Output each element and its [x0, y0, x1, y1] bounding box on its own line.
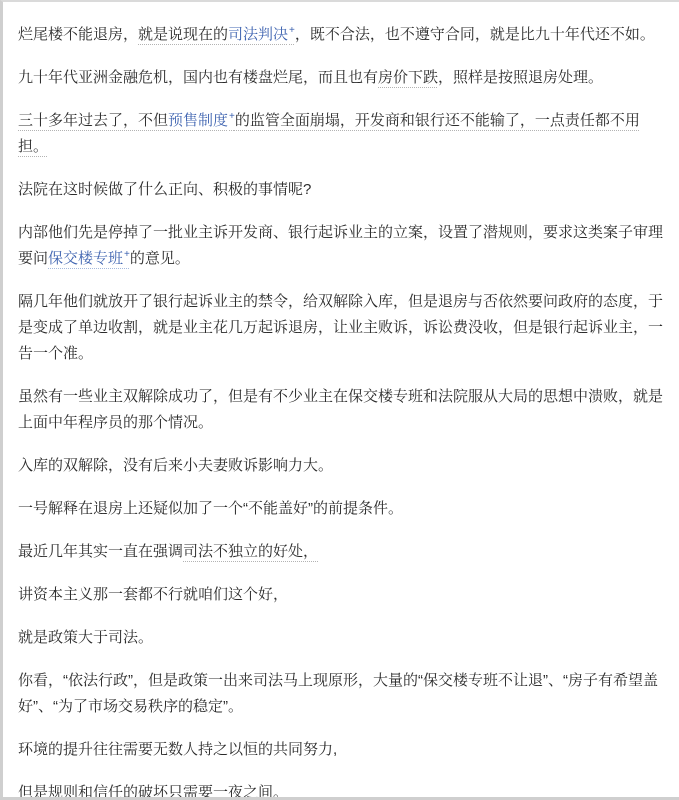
highlighted-text-segment: 三十多年过去了，不但 [18, 112, 168, 129]
paragraph: 环境的提升往往需要无数人持之以恒的共同努力, [18, 737, 663, 763]
text-segment: 但是规则和信任的破坏只需要一夜之间。 [18, 784, 288, 800]
paragraph: 隔几年他们就放开了银行起诉业主的禁令，给双解除入库，但是退房与否依然要问政府的态… [18, 289, 663, 367]
text-segment: 法院在这时候做了什么正向、积极的事情呢? [18, 181, 311, 198]
text-segment: 隔几年他们就放开了银行起诉业主的禁令，给双解除入库，但是退房与否依然要问政府的态… [18, 293, 663, 362]
paragraph: 虽然有一些业主双解除成功了，但是有不少业主在保交楼专班和法院服从大局的思想中溃败… [18, 384, 663, 436]
text-segment: ，照样是按照退房处理。 [438, 69, 603, 86]
paragraph: 最近几年其实一直在强调司法不独立的好处， [18, 539, 663, 565]
paragraph: 讲资本主义那一套都不行就咱们这个好， [18, 582, 663, 608]
text-segment: 虽然有一些业主双解除成功了，但是有不少业主在保交楼专班和法院服从大局的思想中溃败… [18, 388, 663, 431]
highlighted-text-segment: 房价下跌 [378, 69, 438, 86]
topic-link[interactable]: 司法判决+ [228, 26, 295, 43]
text-segment: 一号解释在退房上还疑似加了一个“不能盖好”的前提条件。 [18, 500, 403, 517]
paragraph: 内部他们先是停掉了一批业主诉开发商、银行起诉业主的立案，设置了潜规则，要求这类案… [18, 220, 663, 272]
topic-link[interactable]: 保交楼专班+ [48, 250, 130, 267]
topic-link[interactable]: 预售制度+ [168, 112, 235, 129]
text-segment: 最近几年其实一直在强调 [18, 543, 183, 560]
paragraph: 入库的双解除，没有后来小夫妻败诉影响力大。 [18, 453, 663, 479]
paragraph: 法院在这时候做了什么正向、积极的事情呢? [18, 177, 663, 203]
paragraph: 一号解释在退房上还疑似加了一个“不能盖好”的前提条件。 [18, 496, 663, 522]
paragraph: 九十年代亚洲金融危机，国内也有楼盘烂尾，而且也有房价下跌，照样是按照退房处理。 [18, 65, 663, 91]
text-segment: 讲资本主义那一套都不行就咱们这个好， [18, 586, 288, 603]
text-segment: 烂尾楼不能退房， [18, 26, 138, 43]
paragraph: 但是规则和信任的破坏只需要一夜之间。 [18, 780, 663, 800]
text-segment: 你看，“依法行政”，但是政策一出来司法马上现原形，大量的“保交楼专班不让退”、“… [18, 672, 658, 715]
highlighted-text-segment: 司法不独立的好处， [183, 543, 318, 560]
text-segment: 就是政策大于司法。 [18, 629, 153, 646]
paragraph: 烂尾楼不能退房，就是说现在的司法判决+，既不合法，也不遵守合同，就是比九十年代还… [18, 22, 663, 48]
article-body: 烂尾楼不能退房，就是说现在的司法判决+，既不合法，也不遵守合同，就是比九十年代还… [3, 2, 679, 800]
text-segment: 九十年代亚洲金融危机，国内也有楼盘烂尾，而且也有 [18, 69, 378, 86]
text-segment: 环境的提升往往需要无数人持之以恒的共同努力, [18, 741, 337, 758]
text-segment: ，既不合法，也不遵守合同，就是比九十年代还不如。 [295, 26, 655, 43]
paragraph: 你看，“依法行政”，但是政策一出来司法马上现原形，大量的“保交楼专班不让退”、“… [18, 668, 663, 720]
highlighted-text-segment: 就是说现在的 [138, 26, 228, 43]
text-segment: 入库的双解除，没有后来小夫妻败诉影响力大。 [18, 457, 333, 474]
paragraph: 三十多年过去了，不但预售制度+的监管全面崩塌，开发商和银行还不能输了，一点责任都… [18, 108, 663, 160]
text-segment: 的意见。 [130, 250, 190, 267]
paragraph: 就是政策大于司法。 [18, 625, 663, 651]
